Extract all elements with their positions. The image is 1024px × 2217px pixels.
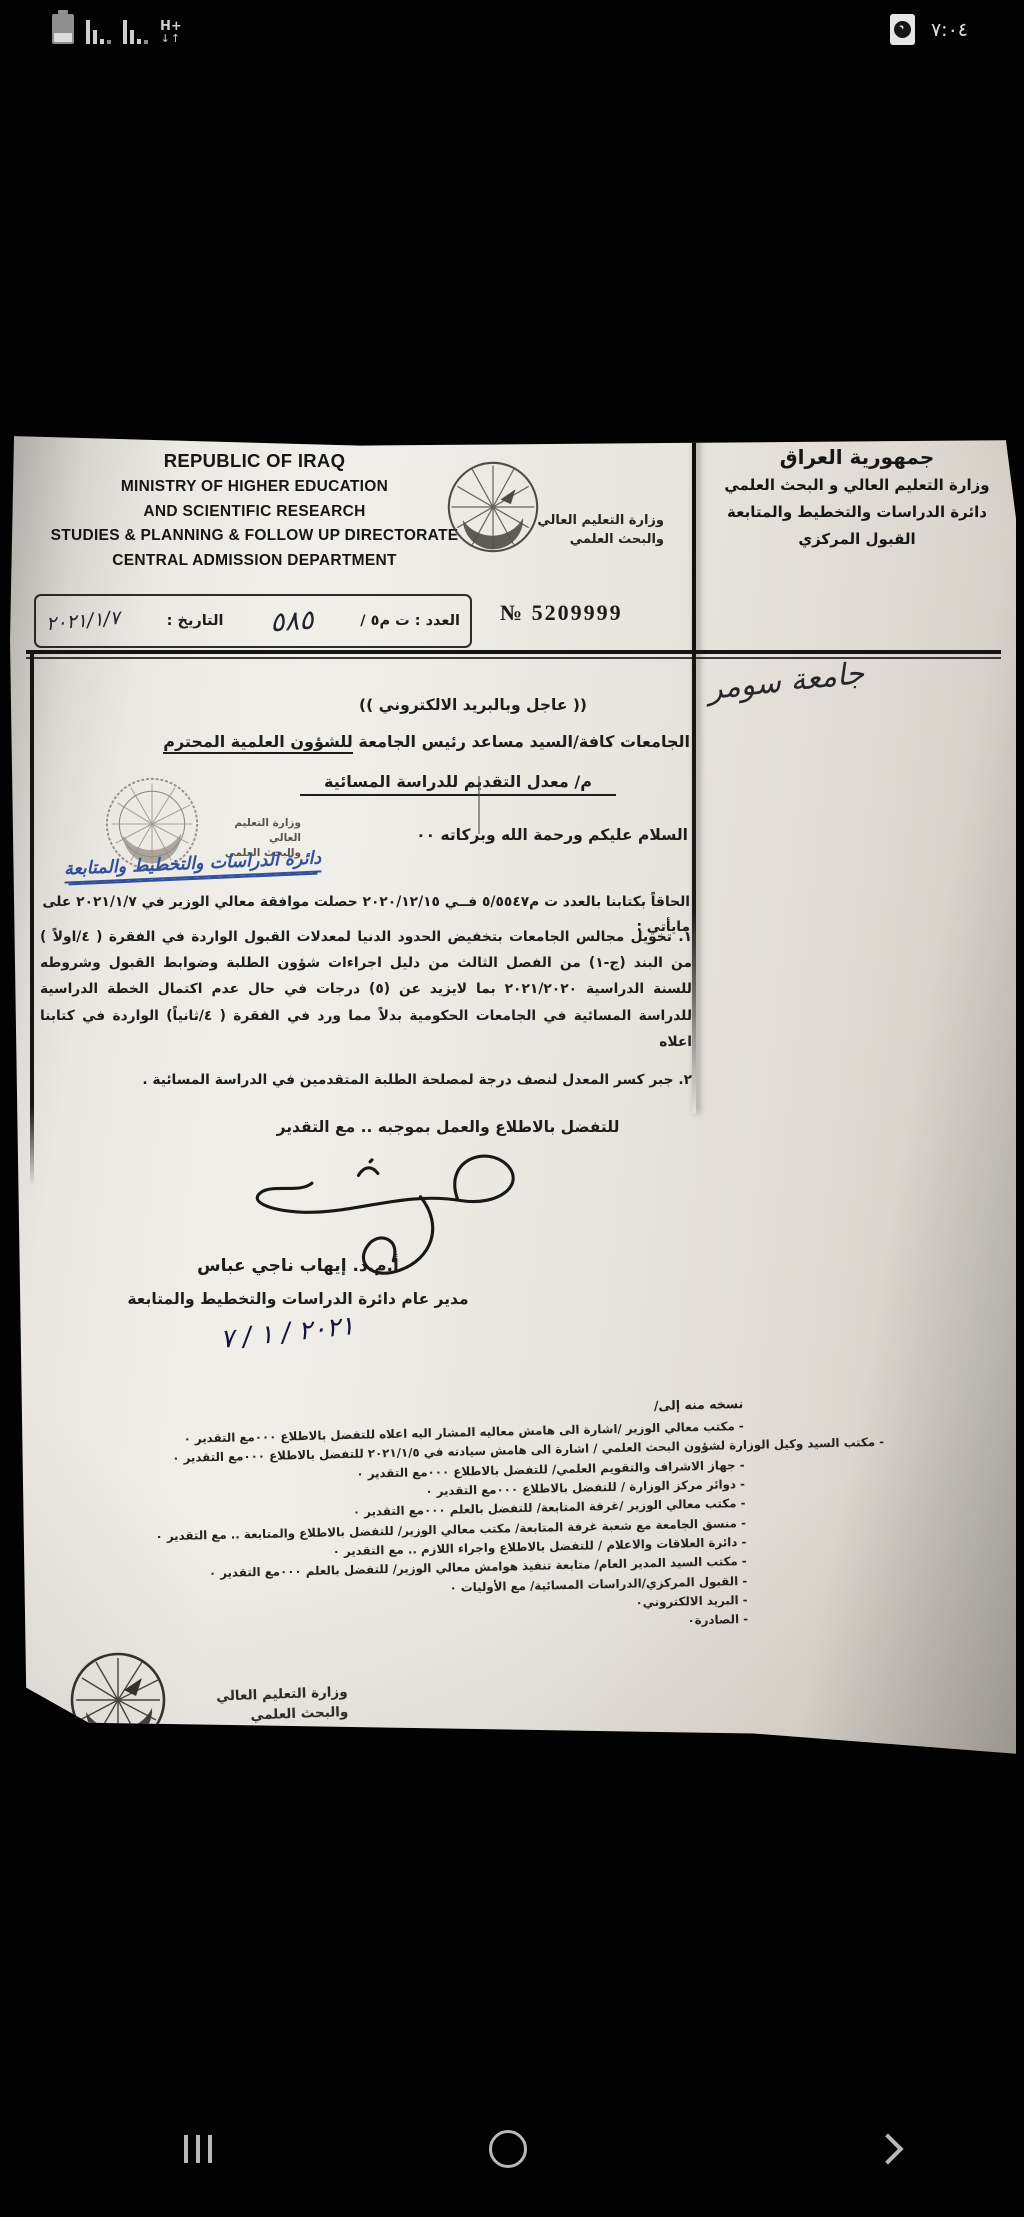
paper-left-edge — [30, 654, 34, 1186]
greeting-line: السلام عليكم ورحمة الله وبركاته ٠٠ — [258, 826, 688, 844]
letterhead-arabic-line: وزارة التعليم العالي و البحث العلمي — [708, 472, 1006, 499]
header-divider — [26, 650, 1001, 654]
closing-line: للتفضل بالاطلاع والعمل بموجبه .. مع التق… — [238, 1118, 658, 1136]
paper-fold-shadow — [692, 438, 696, 1114]
scanned-letter: REPUBLIC OF IRAQMINISTRY OF HIGHER EDUCA… — [8, 424, 1016, 1774]
letterhead-english-line: AND SCIENTIFIC RESEARCH — [32, 500, 477, 524]
letterhead-english-line: CENTRAL ADMISSION DEPARTMENT — [32, 549, 477, 573]
signature — [213, 1140, 533, 1300]
bottom-stamp-icon — [68, 1650, 168, 1750]
letterhead-english-line: MINISTRY OF HIGHER EDUCATION — [32, 475, 477, 499]
status-left-icons: H+ ↓↑ — [52, 14, 182, 44]
ministry-caption-top: وزارة التعليم العاليوالبحث العلمي — [534, 512, 664, 550]
addressee-main: الجامعات كافة/السيد مساعد رئيس الجامعة — [353, 732, 690, 751]
subject-line: م/ معدل التقديم للدراسة المسائية — [300, 772, 616, 796]
letter-item: ٢. جبر كسر المعدل لنصف درجة لمصلحة الطلب… — [40, 1067, 692, 1093]
letterhead-english-line: REPUBLIC OF IRAQ — [32, 446, 477, 475]
ministry-caption-line: وزارة التعليم العالي — [534, 512, 664, 531]
signal-icon — [86, 14, 111, 44]
signer-name: أ.م.د. إيهاب ناجي عباس — [158, 1256, 438, 1276]
document-number: № 5209999 — [500, 600, 623, 626]
letterhead-english: REPUBLIC OF IRAQMINISTRY OF HIGHER EDUCA… — [32, 446, 477, 573]
ministry-caption-line: والبحث العلمي — [534, 531, 664, 550]
urgent-line: (( عاجل وبالبريد الالكتروني )) — [308, 696, 638, 714]
ref-number-label: العدد : ت م٥ / — [360, 613, 460, 629]
home-button[interactable] — [478, 2126, 538, 2172]
status-bar: H+ ↓↑ ٧:٠٤ — [0, 0, 1024, 52]
letterhead-arabic: جمهورية العراقوزارة التعليم العالي و الب… — [708, 442, 1006, 553]
letterhead-arabic-line: دائرة الدراسات والتخطيط والمتابعة — [708, 499, 1006, 526]
signature-date-handwritten: ٢٠٢١ / ١ / ٧ — [219, 1311, 356, 1355]
recents-button[interactable] — [168, 2126, 228, 2172]
letterhead-arabic-line: القبول المركزي — [708, 526, 1006, 553]
handwritten-directorate-note: دائرة الدراسات والتخطيط والمتابعة — [64, 848, 322, 883]
ref-number-handwritten: ٥٨٥ — [269, 604, 315, 638]
ministry-emblem-icon — [446, 460, 540, 554]
bottom-stamp-caption: وزارة التعليم العاليوالبحث العلمي — [177, 1683, 348, 1728]
status-right-icons: ٧:٠٤ — [890, 14, 968, 45]
battery-icon — [52, 14, 74, 44]
signer-title: مدير عام دائرة الدراسات والتخطيط والمتاب… — [108, 1290, 488, 1308]
back-button[interactable] — [858, 2126, 918, 2172]
cc-list: مكتب معالي الوزير /اشارة الى هامش معاليه… — [87, 1417, 749, 1645]
status-clock: ٧:٠٤ — [931, 19, 968, 41]
android-nav-bar — [0, 2104, 1024, 2194]
addressee-line: الجامعات كافة/السيد مساعد رئيس الجامعة ل… — [38, 732, 690, 751]
letterhead-arabic-line: جمهورية العراق — [708, 442, 1006, 472]
letter-items: ١. تخويل مجالس الجامعات بتخفيض الحدود ال… — [40, 924, 692, 1105]
ref-date-label: التاريخ : — [167, 613, 224, 629]
letterhead-english-line: STUDIES & PLANNING & FOLLOW UP DIRECTORA… — [32, 524, 477, 548]
ref-number-box: العدد : ت م٥ / ٥٨٥ التاريخ : ٢٠٢١/١/٧ — [34, 594, 472, 648]
screenshot-icon — [890, 14, 915, 45]
letter-item: ١. تخويل مجالس الجامعات بتخفيض الحدود ال… — [40, 924, 692, 1055]
phone-screen: H+ ↓↑ ٧:٠٤ REPUBLIC OF IRAQMINISTRY OF H… — [0, 0, 1024, 2217]
cc-section: نسخه منه إلى/ مكتب معالي الوزير /اشارة ا… — [86, 1396, 748, 1645]
addressee-underlined: للشؤون العلمية المحترم — [163, 732, 353, 754]
network-type-icon: H+ ↓↑ — [160, 20, 182, 44]
signal-icon-2 — [123, 14, 148, 44]
ref-date-handwritten: ٢٠٢١/١/٧ — [45, 607, 121, 635]
